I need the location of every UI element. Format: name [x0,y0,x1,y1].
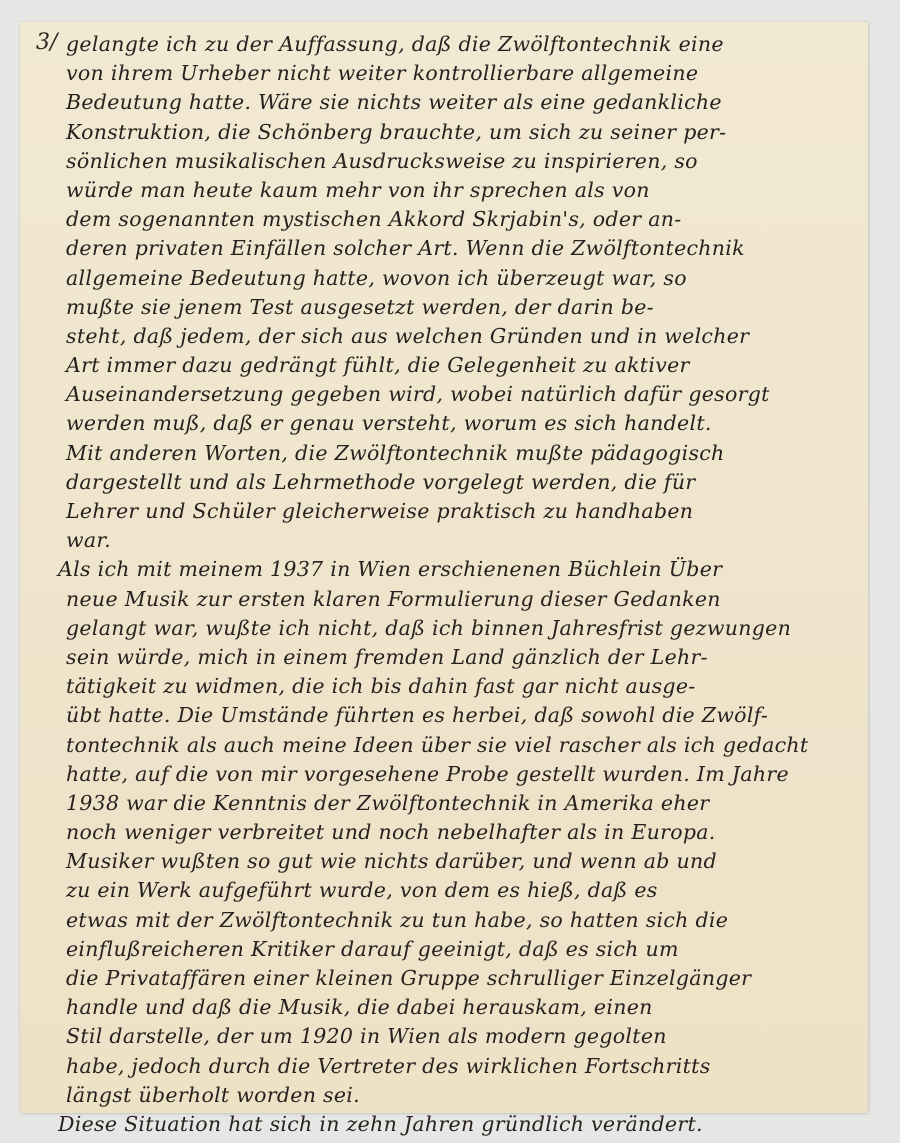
text-line: zu ein Werk aufgeführt wurde, von dem es… [66,876,856,905]
text-line: werden muß, daß er genau versteht, worum… [66,409,856,438]
text-line: deren privaten Einfällen solcher Art. We… [66,234,856,263]
text-line: noch weniger verbreitet und noch nebelha… [66,818,856,847]
text-line: allgemeine Bedeutung hatte, wovon ich üb… [66,264,856,293]
text-line: übt hatte. Die Umstände führten es herbe… [66,701,856,730]
text-line: habe, jedoch durch die Vertreter des wir… [66,1052,856,1081]
text-line: 1938 war die Kenntnis der Zwölftontechni… [66,789,856,818]
text-line: würde man heute kaum mehr von ihr sprech… [66,176,856,205]
text-line: Art immer dazu gedrängt fühlt, die Geleg… [66,351,856,380]
text-line: etwas mit der Zwölftontechnik zu tun hab… [66,906,856,935]
text-line: steht, daß jedem, der sich aus welchen G… [66,322,856,351]
text-line: war. [66,526,856,555]
text-line: längst überholt worden sei. [66,1081,856,1110]
text-line: mußte sie jenem Test ausgesetzt werden, … [66,293,856,322]
text-line: Als ich mit meinem 1937 in Wien erschien… [58,555,856,584]
text-line: tätigkeit zu widmen, die ich bis dahin f… [66,672,856,701]
text-line: Stil darstelle, der um 1920 in Wien als … [66,1022,856,1051]
manuscript-page: 3/ gelangte ich zu der Auffassung, daß d… [20,22,868,1113]
text-line: neue Musik zur ersten klaren Formulierun… [66,585,856,614]
text-line: Konstruktion, die Schönberg brauchte, um… [66,118,856,147]
manuscript-text: gelangte ich zu der Auffassung, daß die … [66,30,856,1139]
text-line: Mit anderen Worten, die Zwölftontechnik … [66,439,856,468]
page-number: 3/ [36,30,57,55]
text-line: dargestellt und als Lehrmethode vorgeleg… [66,468,856,497]
text-line: einflußreicheren Kritiker darauf geeinig… [66,935,856,964]
text-line: sein würde, mich in einem fremden Land g… [66,643,856,672]
text-line: sönlichen musikalischen Ausdrucksweise z… [66,147,856,176]
text-line: Auseinandersetzung gegeben wird, wobei n… [66,380,856,409]
text-line: dem sogenannten mystischen Akkord Skrjab… [66,205,856,234]
text-line: handle und daß die Musik, die dabei hera… [66,993,856,1022]
text-line: gelangt war, wußte ich nicht, daß ich bi… [66,614,856,643]
text-line: gelangte ich zu der Auffassung, daß die … [66,30,856,59]
text-line: Musiker wußten so gut wie nichts darüber… [66,847,856,876]
text-line: hatte, auf die von mir vorgesehene Probe… [66,760,856,789]
text-line: Lehrer und Schüler gleicherweise praktis… [66,497,856,526]
text-line: von ihrem Urheber nicht weiter kontrolli… [66,59,856,88]
text-line: tontechnik als auch meine Ideen über sie… [66,731,856,760]
text-line: Diese Situation hat sich in zehn Jahren … [58,1110,856,1139]
text-line: Bedeutung hatte. Wäre sie nichts weiter … [66,88,856,117]
text-line: die Privataffären einer kleinen Gruppe s… [66,964,856,993]
